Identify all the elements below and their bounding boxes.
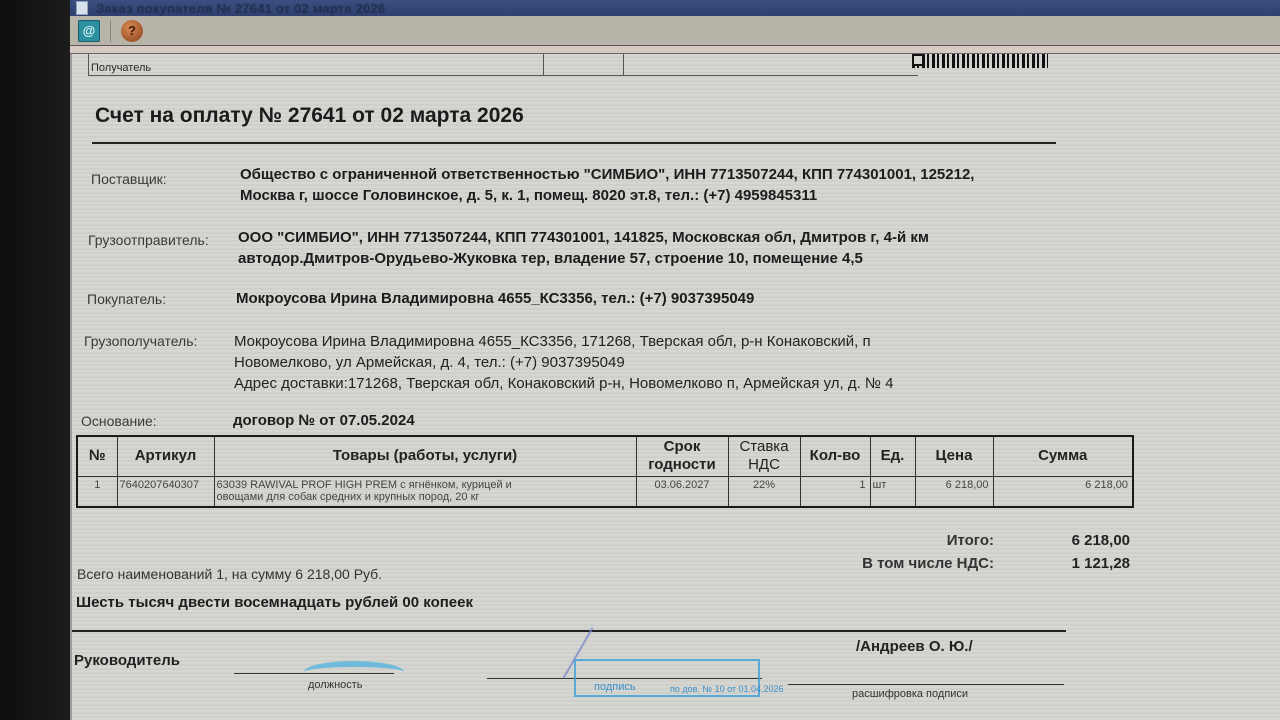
toolbar: @ ? [70,16,1280,46]
shipper-line-1: ООО "СИМБИО", ИНН 7713507244, КПП 774301… [238,227,929,248]
table-row: 1 7640207640307 63039 RAWIVAL PROF HIGH … [77,476,1133,507]
recipient-label: Получатель [91,62,151,74]
bank-details-row: Получатель [88,54,918,76]
row-goods-line2: овощами для собак средних и крупных поро… [217,491,634,503]
row-vat: 22% [728,476,800,507]
amount-in-words: Шесть тысяч двести восемнадцать рублей 0… [76,594,473,611]
title-divider [92,142,1056,144]
basis-label: Основание: [81,413,157,429]
bank-cell-border [543,54,544,76]
row-expiry: 03.06.2027 [636,476,728,507]
supplier-line-2: Москва г, шоссе Головинское, д. 5, к. 1,… [240,185,974,206]
vat-total-value: 1 121,28 [990,555,1130,572]
consignee-line-2: Новомелково, ул Армейская, д. 4, тел.: (… [234,352,894,373]
monitor-bezel [0,0,70,720]
help-icon[interactable]: ? [121,20,143,42]
row-num: 1 [77,476,117,507]
bank-cell-border [88,54,89,76]
col-expiry: Срок годности [636,436,728,476]
row-price: 6 218,00 [915,476,993,507]
invoice-page: Получатель Счет на оплату № 27641 от 02 … [70,54,1280,720]
basis-value: договор № от 07.05.2024 [233,410,415,431]
shipper-label: Грузоотправитель: [88,232,209,248]
col-article: Артикул [117,436,214,476]
col-sum: Сумма [993,436,1133,476]
stamp-text: по дов. № 10 от 01.04.2026 [670,684,784,694]
supplier-value: Общество с ограниченной ответственностью… [240,164,974,206]
qr-code-corner [912,54,924,66]
consignee-line-1: Мокроусова Ирина Владимировна 4655_КС335… [234,331,894,352]
row-goods-line1: 63039 RAWIVAL PROF HIGH PREM с ягнёнком,… [217,479,634,491]
decode-caption: расшифровка подписи [852,688,968,700]
col-expiry-line1: Срок [639,438,726,456]
window-title: Заказ покупателя № 27641 от 02 марта 202… [96,1,385,16]
col-goods: Товары (работы, услуги) [214,436,636,476]
col-unit: Ед. [870,436,915,476]
row-sum: 6 218,00 [993,476,1133,507]
stamp-arc [304,661,404,683]
buyer-line-1: Мокроусова Ирина Владимировна 4655_КС335… [236,288,754,309]
col-price: Цена [915,436,993,476]
signature-caption: подпись [594,681,636,693]
document-icon [76,1,88,15]
head-label: Руководитель [74,652,180,669]
toolbar-separator [110,20,111,42]
window-titlebar: Заказ покупателя № 27641 от 02 марта 202… [70,0,1280,16]
col-vat: Ставка НДС [728,436,800,476]
consignee-value: Мокроусова Ирина Владимировна 4655_КС335… [234,331,894,394]
invoice-title: Счет на оплату № 27641 от 02 марта 2026 [95,104,524,128]
shipper-line-2: автодор.Дмитров-Орудьево-Жуковка тер, вл… [238,248,929,269]
col-num: № [77,436,117,476]
head-name: /Андреев О. Ю./ [856,638,973,655]
buyer-value: Мокроусова Ирина Владимировна 4655_КС335… [236,288,754,309]
total-label: Итого: [794,532,994,549]
consignee-label: Грузополучатель: [84,333,197,349]
decode-line [788,684,1064,685]
table-header-row: № Артикул Товары (работы, услуги) Срок г… [77,436,1133,476]
summary-divider [72,630,1066,632]
row-unit: шт [870,476,915,507]
email-icon[interactable]: @ [78,20,100,42]
col-qty: Кол-во [800,436,870,476]
row-goods: 63039 RAWIVAL PROF HIGH PREM с ягнёнком,… [214,476,636,507]
vat-total-label: В том числе НДС: [794,555,994,572]
col-expiry-line2: годности [639,456,726,474]
col-vat-line1: Ставка [731,438,798,456]
supplier-label: Поставщик: [91,171,167,187]
col-vat-line2: НДС [731,456,798,474]
total-value: 6 218,00 [990,532,1130,549]
items-summary: Всего наименований 1, на сумму 6 218,00 … [77,566,382,582]
toolbar-divider [70,46,1280,54]
items-table: № Артикул Товары (работы, услуги) Срок г… [76,435,1134,508]
bank-cell-border [623,54,624,76]
consignee-line-3: Адрес доставки:171268, Тверская обл, Кон… [234,373,894,394]
row-qty: 1 [800,476,870,507]
buyer-label: Покупатель: [87,291,166,307]
qr-code [912,54,1048,68]
shipper-value: ООО "СИМБИО", ИНН 7713507244, КПП 774301… [238,227,929,269]
supplier-line-1: Общество с ограниченной ответственностью… [240,164,974,185]
row-article: 7640207640307 [117,476,214,507]
